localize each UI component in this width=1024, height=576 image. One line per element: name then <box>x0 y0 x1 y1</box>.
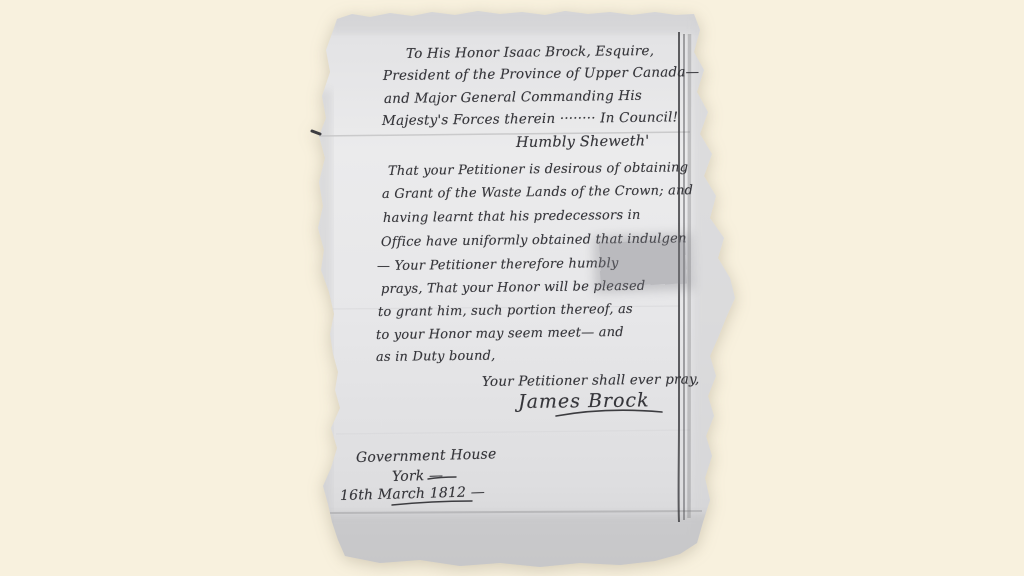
torn-paper-sheet <box>0 0 1024 576</box>
ink-smudge <box>599 240 686 287</box>
scan-background: To His Honor Isaac Brock, Esquire, Presi… <box>0 0 1024 576</box>
edge-tick <box>312 131 320 134</box>
paper-shape <box>318 11 735 567</box>
